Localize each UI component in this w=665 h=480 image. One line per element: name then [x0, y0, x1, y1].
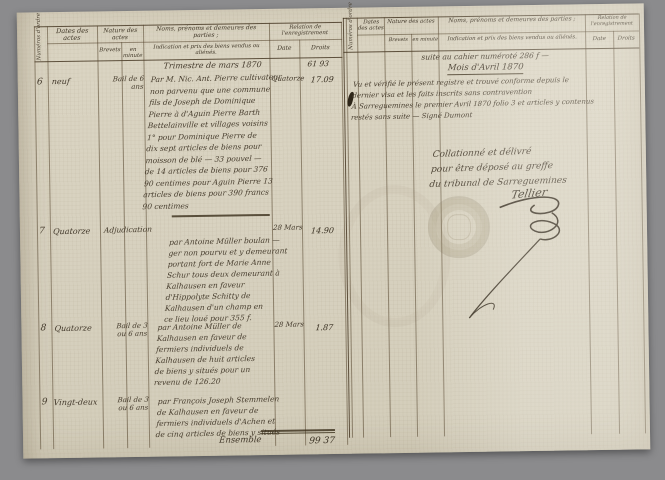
table-rule: [121, 42, 128, 448]
row-droits: 17.09: [310, 75, 334, 84]
column-header-brevets: Brevets: [385, 38, 411, 44]
column-header-parties: Noms, prénoms et demeures des parties ;: [441, 16, 583, 25]
table-rule: [47, 26, 54, 449]
total-value: 99 37: [309, 436, 336, 446]
row-date: Vingt-deux: [53, 399, 98, 408]
row-number: 7: [39, 227, 45, 237]
row-date: Quatorze: [53, 228, 91, 237]
column-header-minute: en minute: [121, 47, 145, 60]
column-header-dates: Dates des actes: [49, 28, 96, 44]
column-header-relation: Relation de l'enregistrement: [270, 24, 341, 38]
column-header-nature: Nature des actes: [386, 18, 436, 25]
row-reg-date: Quatorze: [271, 75, 304, 83]
table-rule: [143, 25, 150, 448]
embossed-stamp-faint: [337, 184, 451, 328]
column-header-dates: Dates des actes: [358, 19, 385, 32]
row-nature: Adjudication: [104, 224, 195, 235]
row-date: Quatorze: [54, 325, 92, 334]
column-header-droits: Droits: [614, 35, 638, 42]
column-header-droits: Droits: [301, 45, 339, 52]
row-reg-date: 28 Mars: [273, 224, 303, 232]
table-rule: [299, 39, 306, 445]
entry-end-rule: [172, 214, 270, 217]
column-header-numeros: Numéros d'ordre: [36, 13, 43, 61]
handwritten-line: ou 6 ans: [103, 330, 148, 339]
row-body: par Antoine Müller boulan —ger non pourv…: [164, 234, 286, 325]
column-header-nature: Nature des actes: [99, 28, 142, 42]
row-droits: 1.87: [315, 323, 334, 332]
signature-flourish: [439, 184, 591, 326]
row-nature: Bail de 3ou 6 ans: [103, 322, 148, 339]
ledger-sheet: Numéros d'ordre Dates des actes Nature d…: [17, 3, 651, 458]
row-number: 9: [41, 398, 47, 408]
scanned-ledger-screenshot: { "document": { "type": "repertoire-nota…: [0, 0, 665, 480]
column-header-date: Date: [270, 45, 298, 52]
verification-note: Vu et vérifié le présent registre et tro…: [351, 73, 640, 123]
column-header-prix: Indication et prix des biens vendus ou a…: [145, 43, 268, 57]
row-date: neuf: [51, 78, 70, 87]
column-header-numeros: Numéros d'ordre: [348, 2, 355, 50]
column-header-date: Date: [586, 36, 612, 43]
column-header-prix: Indication et prix des biens vendus ou a…: [441, 34, 583, 42]
column-header-minute: en minute: [412, 37, 438, 43]
total-rule: [261, 432, 335, 434]
handwritten-line: Adjudication: [104, 224, 195, 235]
handwritten-line: 90 centimes: [142, 198, 269, 212]
row-body: Par M. Nic. Ant. Pierre cultivateurnon p…: [142, 71, 277, 212]
row-nature: Bail de 6ans: [101, 75, 144, 92]
column-header-relation: Relation de l'enregistrement: [585, 15, 640, 27]
handwritten-line: ou 6 ans: [104, 404, 149, 413]
column-header-parties: Noms, prénoms et demeures des parties ;: [145, 25, 268, 41]
row-number: 6: [36, 78, 42, 88]
table-rule: [34, 26, 41, 449]
table-rule: [639, 13, 646, 433]
total-label: Ensemble: [219, 436, 262, 446]
handwritten-line: ans: [101, 83, 144, 92]
row-reg-date: 28 Mars: [274, 321, 304, 329]
row-number: 8: [40, 324, 46, 334]
row-body: par Antoine Müller deKalhausen en faveur…: [154, 319, 280, 388]
row-droits: 14.90: [311, 226, 335, 235]
report-amount: 61 93: [307, 59, 329, 68]
handwritten-line: revenu de 126.20: [154, 374, 277, 388]
row-nature: Bail de 3ou 6 ans: [104, 396, 149, 413]
section-title: Trimestre de mars 1870: [163, 61, 262, 71]
suite-line: suite au cahier numéroté 286 f —: [421, 52, 549, 62]
month-title: Mois d'Avril 1870: [447, 63, 524, 75]
column-header-brevets: Brevets: [97, 47, 122, 54]
